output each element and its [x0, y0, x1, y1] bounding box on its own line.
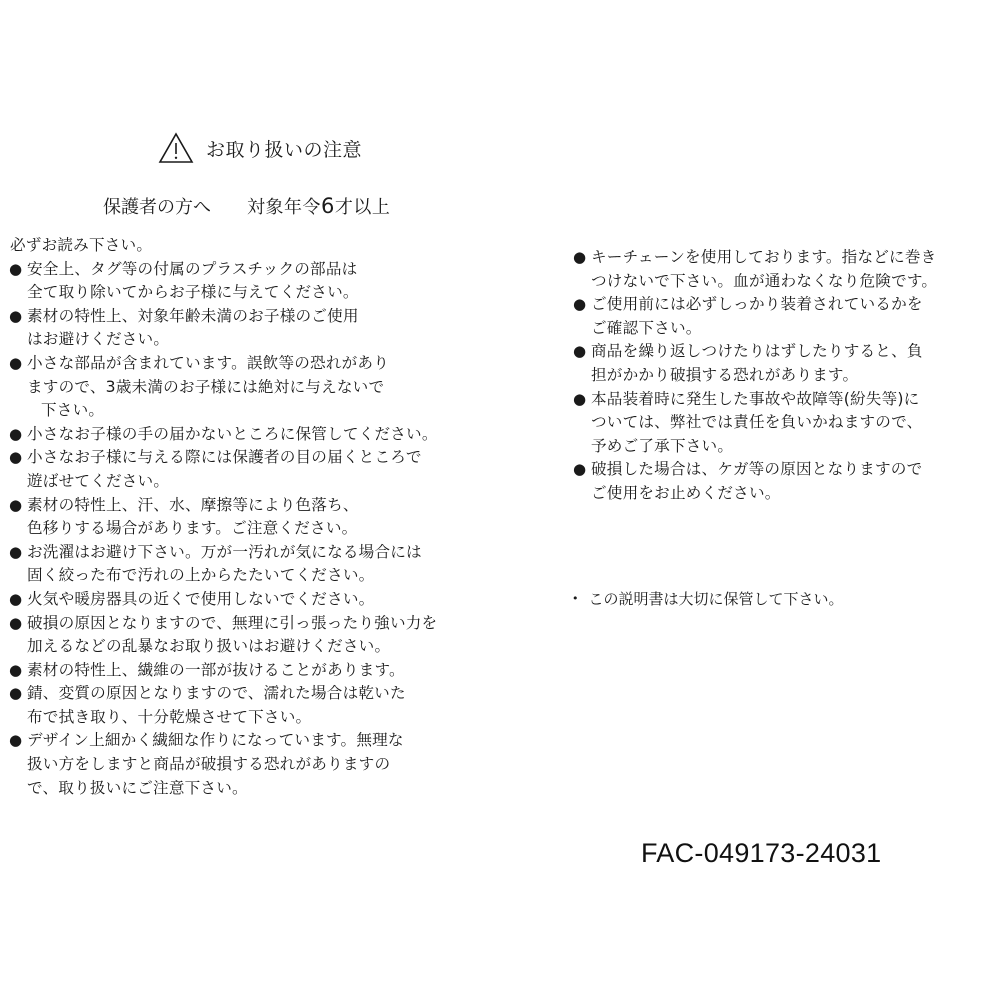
lead-text: 必ずお読み下さい。	[10, 234, 480, 258]
list-item: ●破損の原因となりますので、無理に引っ張ったり強い力を加えるなどの乱暴なお取り扱…	[10, 612, 480, 659]
item-line: ついては、弊社では責任を負いかねますので、	[591, 411, 1000, 435]
bullet-icon: ●	[9, 423, 22, 447]
item-line: 火気や暖房器具の近くで使用しないでください。	[27, 588, 480, 612]
item-line: 小さな部品が含まれています。誤飲等の恐れがあり	[27, 352, 480, 376]
care-instructions-sheet: お取り扱いの注意 保護者の方へ 対象年令6才以上 必ずお読み下さい。 ●安全上、…	[0, 0, 1000, 1000]
item-line: で、取り扱いにご注意下さい。	[27, 777, 480, 801]
page-title: お取り扱いの注意	[206, 135, 362, 162]
item-line: 布で拭き取り、十分乾燥させて下さい。	[27, 706, 480, 730]
item-line: 破損の原因となりますので、無理に引っ張ったり強い力を	[27, 612, 480, 636]
bullet-icon: ●	[573, 246, 586, 270]
warning-triangle-icon	[158, 132, 194, 164]
bullet-icon: ●	[9, 541, 22, 565]
note-text: この説明書は大切に保管して下さい。	[589, 590, 844, 608]
item-line: 加えるなどの乱暴なお取り扱いはお避けください。	[27, 635, 480, 659]
item-line: 商品を繰り返しつけたりはずしたりすると、負	[591, 340, 1000, 364]
item-line: 下さい。	[27, 399, 480, 423]
item-line: ご使用前には必ずしっかり装着されているかを	[591, 293, 1000, 317]
item-line: つけないで下さい。血が通わなくなり危険です。	[591, 270, 1000, 294]
item-line: 小さなお子様に与える際には保護者の目の届くところで	[27, 446, 480, 470]
list-item: ●安全上、タグ等の付属のプラスチックの部品は全て取り除いてからお子様に与えてくだ…	[10, 258, 480, 305]
bullet-icon: ●	[9, 588, 22, 612]
bullet-icon: ●	[573, 340, 586, 364]
item-line: キーチェーンを使用しております。指などに巻き	[591, 246, 1000, 270]
item-line: ご確認下さい。	[591, 317, 1000, 341]
list-item: ●デザイン上細かく繊細な作りになっています。無理な扱い方をしますと商品が破損する…	[10, 729, 480, 800]
right-column: ●キーチェーンを使用しております。指などに巻きつけないで下さい。血が通わなくなり…	[574, 246, 1000, 506]
right-item-list: ●キーチェーンを使用しております。指などに巻きつけないで下さい。血が通わなくなり…	[574, 246, 1000, 506]
list-item: ●素材の特性上、汗、水、摩擦等により色落ち、色移りする場合があります。ご注意くだ…	[10, 494, 480, 541]
item-line: ますので、3歳未満のお子様には絶対に与えないで	[27, 376, 480, 400]
bullet-icon: ●	[9, 659, 22, 683]
age-suffix: 才以上	[335, 197, 391, 218]
keep-instructions-note: •この説明書は大切に保管して下さい。	[572, 588, 844, 609]
title-row: お取り扱いの注意	[158, 132, 362, 164]
item-line: 本品装着時に発生した事故や故障等(紛失等)に	[591, 388, 1000, 412]
list-item: ●素材の特性上、繊維の一部が抜けることがあります。	[10, 659, 480, 683]
list-item: ●本品装着時に発生した事故や故障等(紛失等)については、弊社では責任を負いかねま…	[574, 388, 1000, 459]
item-line: 錆、変質の原因となりますので、濡れた場合は乾いた	[27, 682, 480, 706]
item-line: 素材の特性上、繊維の一部が抜けることがあります。	[27, 659, 480, 683]
bullet-icon: ●	[9, 612, 22, 636]
list-item: ●破損した場合は、ケガ等の原因となりますのでご使用をお止めください。	[574, 458, 1000, 505]
target-age-label: 対象年令6才以上	[247, 193, 390, 219]
list-item: ●錆、変質の原因となりますので、濡れた場合は乾いた布で拭き取り、十分乾燥させて下…	[10, 682, 480, 729]
item-line: 素材の特性上、汗、水、摩擦等により色落ち、	[27, 494, 480, 518]
bullet-icon: ●	[573, 293, 586, 317]
left-item-list: ●安全上、タグ等の付属のプラスチックの部品は全て取り除いてからお子様に与えてくだ…	[10, 258, 480, 801]
item-line: はお避けください。	[27, 328, 480, 352]
item-line: 素材の特性上、対象年齢未満のお子様のご使用	[27, 305, 480, 329]
list-item: ●素材の特性上、対象年齢未満のお子様のご使用はお避けください。	[10, 305, 480, 352]
list-item: ●商品を繰り返しつけたりはずしたりすると、負担がかかり破損する恐れがあります。	[574, 340, 1000, 387]
item-line: 全て取り除いてからお子様に与えてください。	[27, 281, 480, 305]
left-column: 必ずお読み下さい。 ●安全上、タグ等の付属のプラスチックの部品は全て取り除いてか…	[10, 234, 480, 800]
bullet-icon: ●	[9, 729, 22, 753]
product-code: FAC-049173-24031	[641, 838, 881, 869]
bullet-icon: ●	[9, 352, 22, 376]
bullet-icon: ●	[9, 305, 22, 329]
bullet-dot-icon: •	[572, 592, 579, 605]
bullet-icon: ●	[573, 458, 586, 482]
age-prefix: 対象年令	[247, 197, 321, 218]
item-line: 遊ばせてください。	[27, 470, 480, 494]
item-line: お洗濯はお避け下さい。万が一汚れが気になる場合には	[27, 541, 480, 565]
bullet-icon: ●	[573, 388, 586, 412]
item-line: 色移りする場合があります。ご注意ください。	[27, 517, 480, 541]
bullet-icon: ●	[9, 446, 22, 470]
item-line: 小さなお子様の手の届かないところに保管してください。	[27, 423, 480, 447]
item-line: 予めご了承下さい。	[591, 435, 1000, 459]
item-line: 扱い方をしますと商品が破損する恐れがありますの	[27, 753, 480, 777]
list-item: ●小さなお子様に与える際には保護者の目の届くところで遊ばせてください。	[10, 446, 480, 493]
bullet-icon: ●	[9, 682, 22, 706]
list-item: ●小さなお子様の手の届かないところに保管してください。	[10, 423, 480, 447]
list-item: ●お洗濯はお避け下さい。万が一汚れが気になる場合には固く絞った布で汚れの上からた…	[10, 541, 480, 588]
age-number: 6	[321, 194, 335, 218]
bullet-icon: ●	[9, 258, 22, 282]
list-item: ●小さな部品が含まれています。誤飲等の恐れがありますので、3歳未満のお子様には絶…	[10, 352, 480, 423]
bullet-icon: ●	[9, 494, 22, 518]
audience-label: 保護者の方へ	[103, 193, 211, 219]
item-line: 固く絞った布で汚れの上からたたいてください。	[27, 564, 480, 588]
list-item: ●火気や暖房器具の近くで使用しないでください。	[10, 588, 480, 612]
item-line: 安全上、タグ等の付属のプラスチックの部品は	[27, 258, 480, 282]
subtitle-row: 保護者の方へ 対象年令6才以上	[103, 193, 390, 219]
item-line: 担がかかり破損する恐れがあります。	[591, 364, 1000, 388]
list-item: ●ご使用前には必ずしっかり装着されているかをご確認下さい。	[574, 293, 1000, 340]
list-item: ●キーチェーンを使用しております。指などに巻きつけないで下さい。血が通わなくなり…	[574, 246, 1000, 293]
item-line: ご使用をお止めください。	[591, 482, 1000, 506]
item-line: 破損した場合は、ケガ等の原因となりますので	[591, 458, 1000, 482]
item-line: デザイン上細かく繊細な作りになっています。無理な	[27, 729, 480, 753]
